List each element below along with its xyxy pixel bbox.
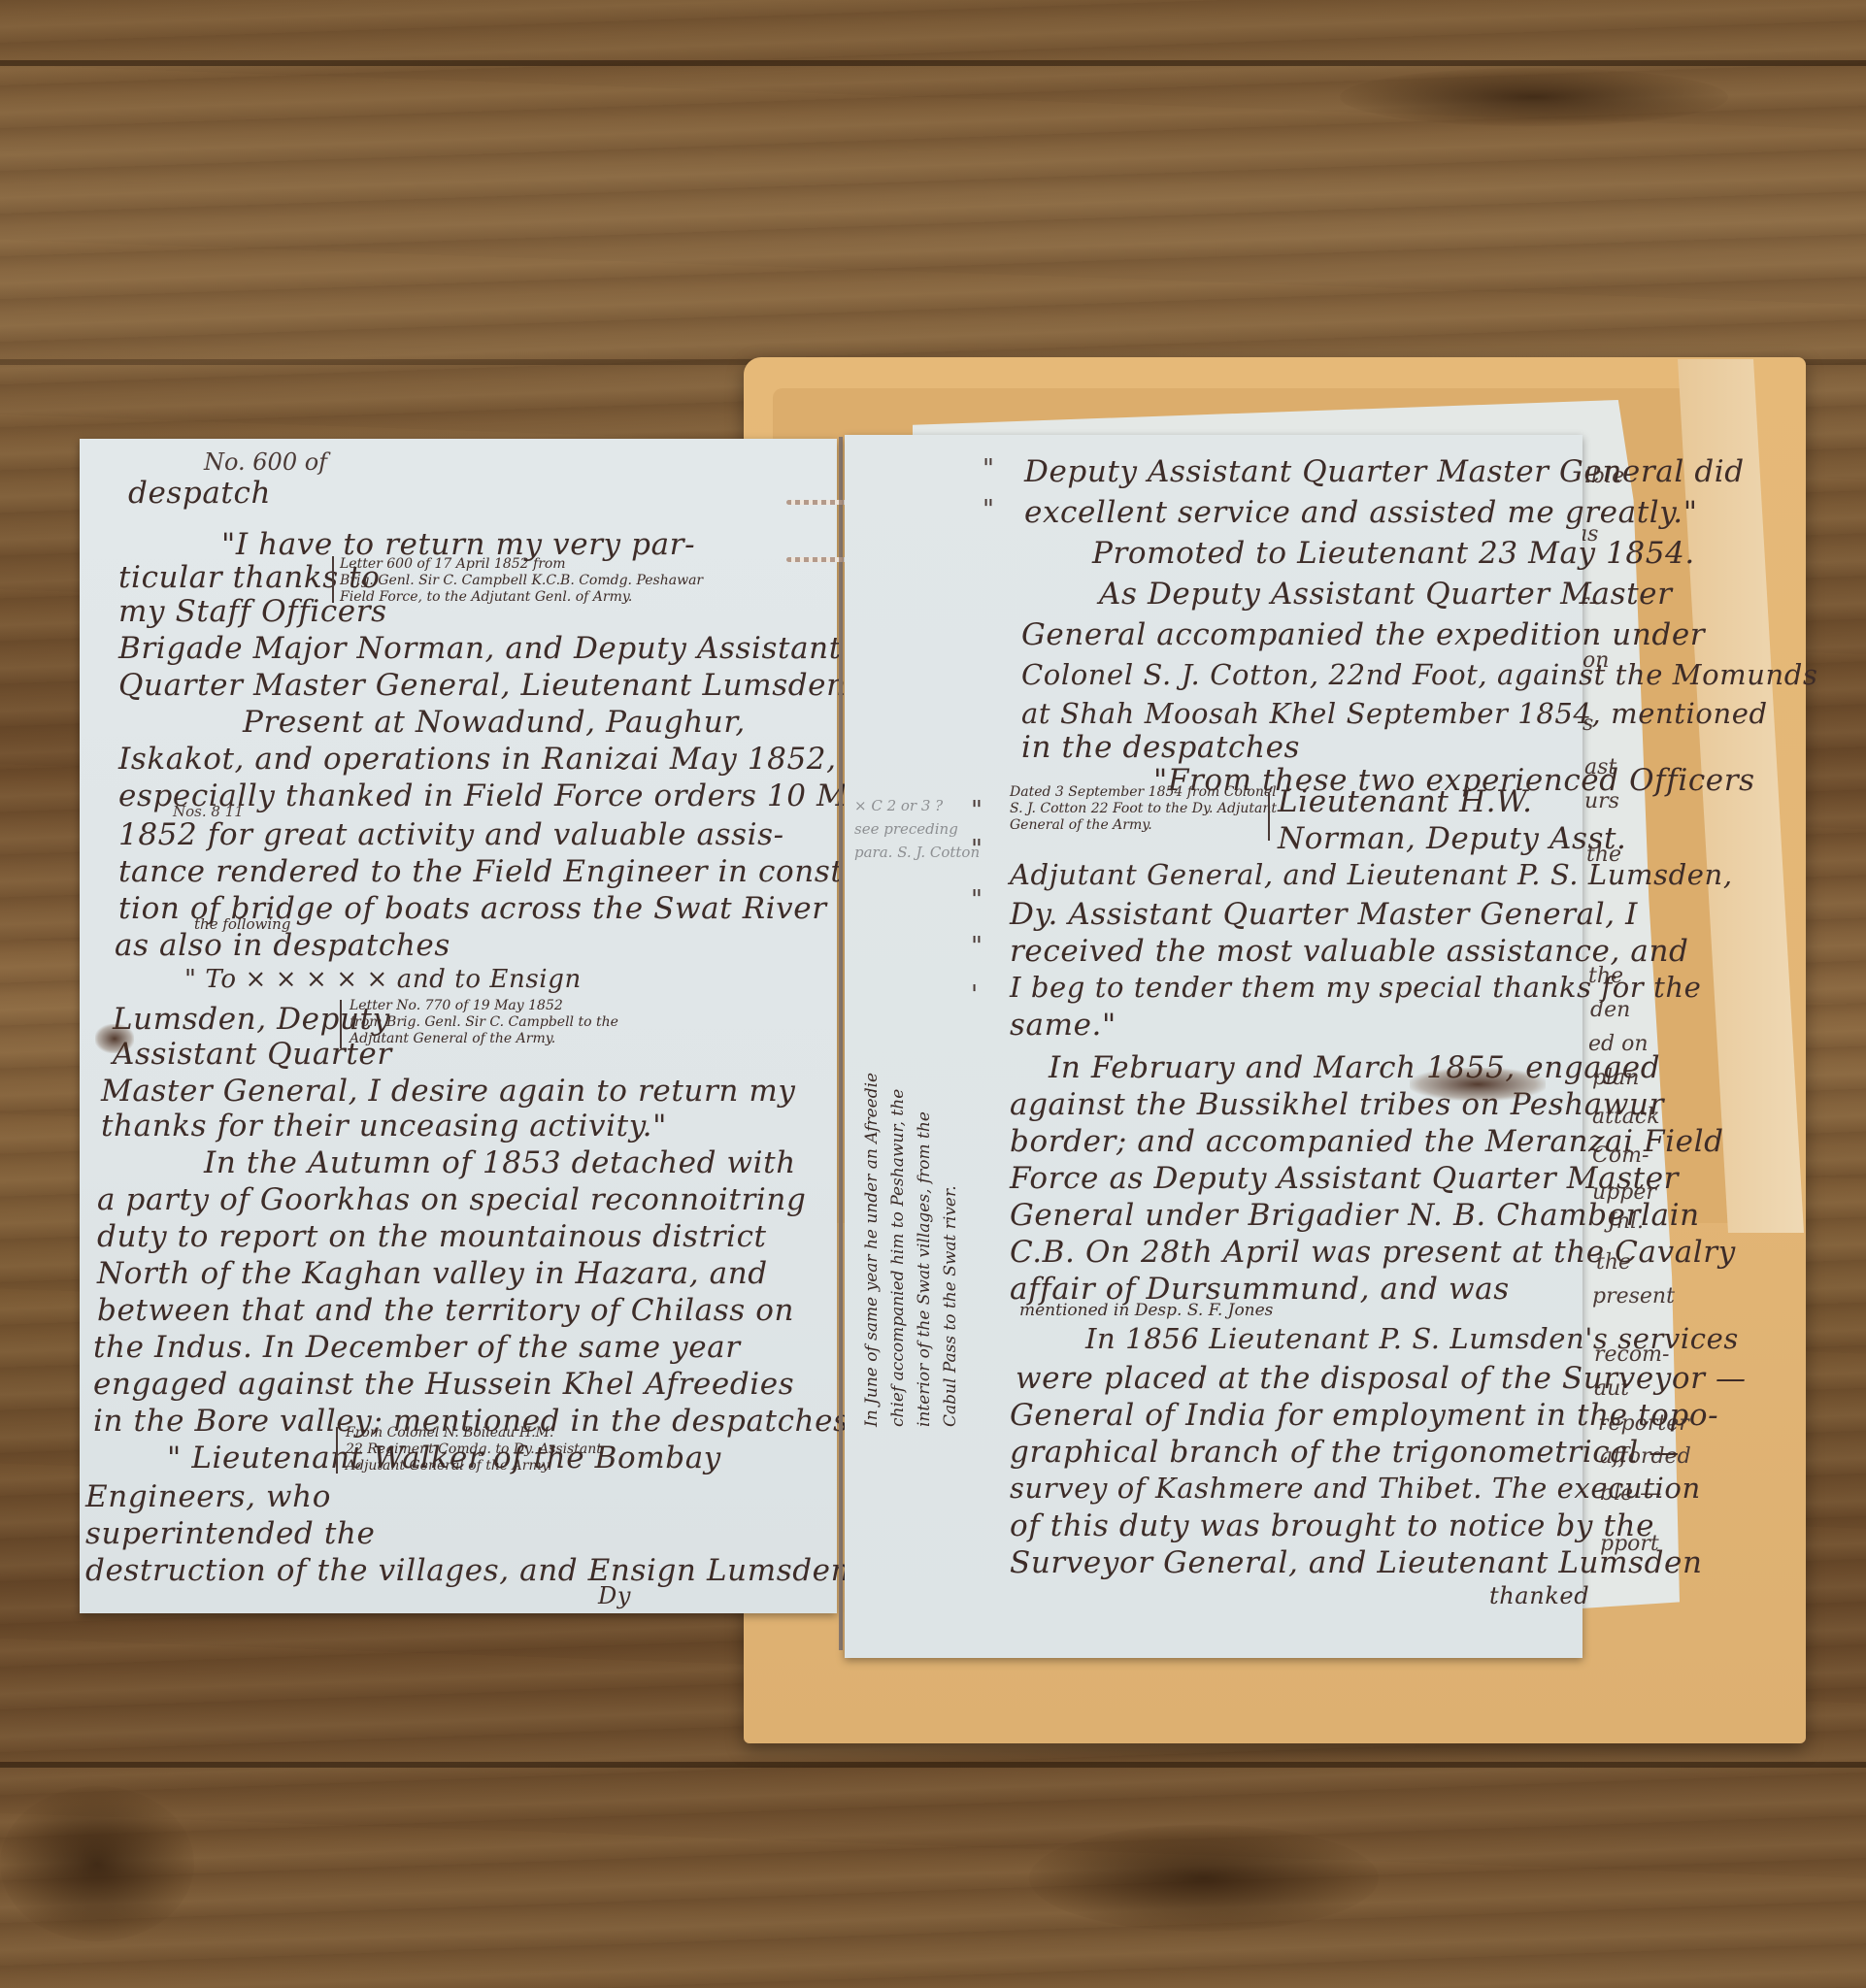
manuscript-line: survey of Kashmere and Thibet. The execu… xyxy=(1010,1472,1701,1505)
manuscript-line: Dy xyxy=(598,1582,631,1609)
manuscript-line: Adjutant General, and Lieutenant P. S. L… xyxy=(1010,858,1733,891)
wood-knot xyxy=(1029,1825,1379,1932)
ink-blot xyxy=(1410,1068,1546,1101)
quote-mark: " xyxy=(971,835,983,864)
manuscript-line: In the Autumn of 1853 detached with xyxy=(204,1145,796,1180)
quote-mark: " xyxy=(983,495,994,524)
vertical-margin-note: In June of same year he under an Afreedi… xyxy=(859,1073,964,1427)
manuscript-line: as also in despatches xyxy=(115,928,450,963)
manuscript-line: against the Bussikhel tribes on Peshawur xyxy=(1010,1087,1664,1122)
wood-knot xyxy=(0,1786,194,1941)
vertical-note-line: In June of same year he under an Afreedi… xyxy=(859,1073,885,1427)
header-word: despatch xyxy=(128,476,271,511)
manuscript-line: Lumsden, Deputy xyxy=(113,1002,390,1037)
pencil-margin-note: × C 2 or 3 ? see preceding para. S. J. C… xyxy=(854,794,980,864)
manuscript-line: Colonel S. J. Cotton, 22nd Foot, against… xyxy=(1021,658,1817,691)
wood-knot xyxy=(1340,68,1728,126)
manuscript-line: Norman, Deputy Asst. xyxy=(1278,821,1627,856)
quote-mark: " xyxy=(983,454,994,483)
manuscript-line: In February and March 1855, engaged xyxy=(1049,1050,1660,1085)
manuscript-line: Brigade Major Norman, and Deputy Assista… xyxy=(118,631,842,666)
manuscript-line: Deputy Assistant Quarter Master General … xyxy=(1024,454,1745,489)
manuscript-line: graphical branch of the trigonometrical … xyxy=(1010,1435,1680,1470)
vertical-note-line: chief accompanied him to Peshawur, the xyxy=(885,1073,912,1427)
manuscript-line: Dy. Assistant Quarter Master General, I xyxy=(1010,897,1638,932)
manuscript-line: a party of Goorkhas on special reconnoit… xyxy=(97,1182,806,1217)
manuscript-line: excellent service and assisted me greatl… xyxy=(1024,495,1698,530)
wood-plank-seam xyxy=(0,1762,1866,1768)
page-spine xyxy=(839,437,843,1650)
note-bracket-rule xyxy=(332,556,334,603)
manuscript-line: Lieutenant H.W. xyxy=(1278,784,1533,819)
manuscript-line: Present at Nowadund, Paughur, xyxy=(243,705,746,740)
side-note-letter-600: Letter 600 of 17 April 1852 from Brig. G… xyxy=(340,556,703,606)
fragment: present xyxy=(1592,1286,1675,1308)
manuscript-line: were placed at the disposal of the Surve… xyxy=(1016,1361,1747,1396)
manuscript-line: 1852 for great activity and valuable ass… xyxy=(118,817,784,852)
interlinear-note: mentioned in Desp. S. F. Jones xyxy=(1019,1303,1273,1319)
manuscript-line: duty to report on the mountainous distri… xyxy=(97,1219,767,1254)
side-note-letter-770: Letter No. 770 of 19 May 1852 from Brig.… xyxy=(350,998,618,1047)
manuscript-line: between that and the territory of Chilas… xyxy=(97,1293,794,1328)
manuscript-line: Quarter Master General, Lieutenant Lumsd… xyxy=(118,668,871,703)
manuscript-line: tance rendered to the Field Engineer in … xyxy=(118,854,906,889)
note-bracket-rule xyxy=(336,1427,338,1474)
manuscript-line: Iskakot, and operations in Ranizai May 1… xyxy=(118,742,837,777)
wood-plank-seam xyxy=(0,60,1866,66)
vertical-note-line: interior of the Swat villages, from the xyxy=(912,1073,938,1427)
header-annotation: No. 600 of xyxy=(204,448,327,476)
manuscript-line: In 1856 Lieutenant P. S. Lumsden's servi… xyxy=(1085,1322,1739,1355)
manuscript-line: Surveyor General, and Lieutenant Lumsden xyxy=(1010,1545,1703,1580)
manuscript-line: North of the Kaghan valley in Hazara, an… xyxy=(97,1256,768,1291)
manuscript-line: General accompanied the expedition under xyxy=(1021,617,1705,652)
manuscript-line: Master General, I desire again to return… xyxy=(101,1074,796,1109)
manuscript-line: border; and accompanied the Meranzai Fie… xyxy=(1010,1124,1724,1159)
side-note-boileau: From Colonel N. Boileau H.M. 22 Regiment… xyxy=(346,1425,602,1474)
note-bracket-rule xyxy=(340,1000,342,1048)
quote-mark: " xyxy=(971,796,983,825)
manuscript-line: received the most valuable assistance, a… xyxy=(1010,934,1689,969)
quote-mark: " xyxy=(971,932,983,961)
manuscript-line: superintended the xyxy=(85,1516,375,1551)
manuscript-line: of this duty was brought to notice by th… xyxy=(1010,1508,1654,1543)
quote-mark: " xyxy=(971,885,983,914)
manuscript-line: at Shah Moosah Khel September 1854, ment… xyxy=(1021,697,1768,730)
note-bracket-rule xyxy=(1268,792,1270,841)
manuscript-line: destruction of the villages, and Ensign … xyxy=(85,1553,865,1588)
manuscript-line: C.B. On 28th April was present at the Ca… xyxy=(1010,1235,1736,1270)
vertical-note-line: Cabul Pass to the Swat river. xyxy=(938,1073,964,1427)
manuscript-line: same." xyxy=(1010,1008,1116,1043)
manuscript-line: in the despatches xyxy=(1021,730,1300,765)
manuscript-line: Force as Deputy Assistant Quarter Master xyxy=(1010,1161,1679,1196)
ink-blot xyxy=(95,1024,134,1053)
manuscript-line: General under Brigadier N. B. Chamberlai… xyxy=(1010,1198,1700,1233)
manuscript-line: the Indus. In December of the same year xyxy=(93,1330,741,1365)
manuscript-line: thanked xyxy=(1489,1582,1589,1609)
manuscript-line: Promoted to Lieutenant 23 May 1854. xyxy=(1092,536,1695,571)
quote-mark: ' xyxy=(971,980,978,1010)
side-note-cotton: Dated 3 September 1854 from Colonel S. J… xyxy=(1010,784,1277,834)
manuscript-line: As Deputy Assistant Quarter Master xyxy=(1099,577,1673,612)
manuscript-line: " To × × × × × and to Ensign xyxy=(184,965,582,994)
manuscript-line: engaged against the Hussein Khel Afreedi… xyxy=(93,1367,794,1402)
manuscript-line: I beg to tender them my special thanks f… xyxy=(1010,971,1701,1004)
manuscript-line: Engineers, who xyxy=(85,1479,331,1514)
manuscript-line: thanks for their unceasing activity." xyxy=(101,1109,667,1143)
manuscript-line: General of India for employment in the t… xyxy=(1010,1398,1718,1433)
